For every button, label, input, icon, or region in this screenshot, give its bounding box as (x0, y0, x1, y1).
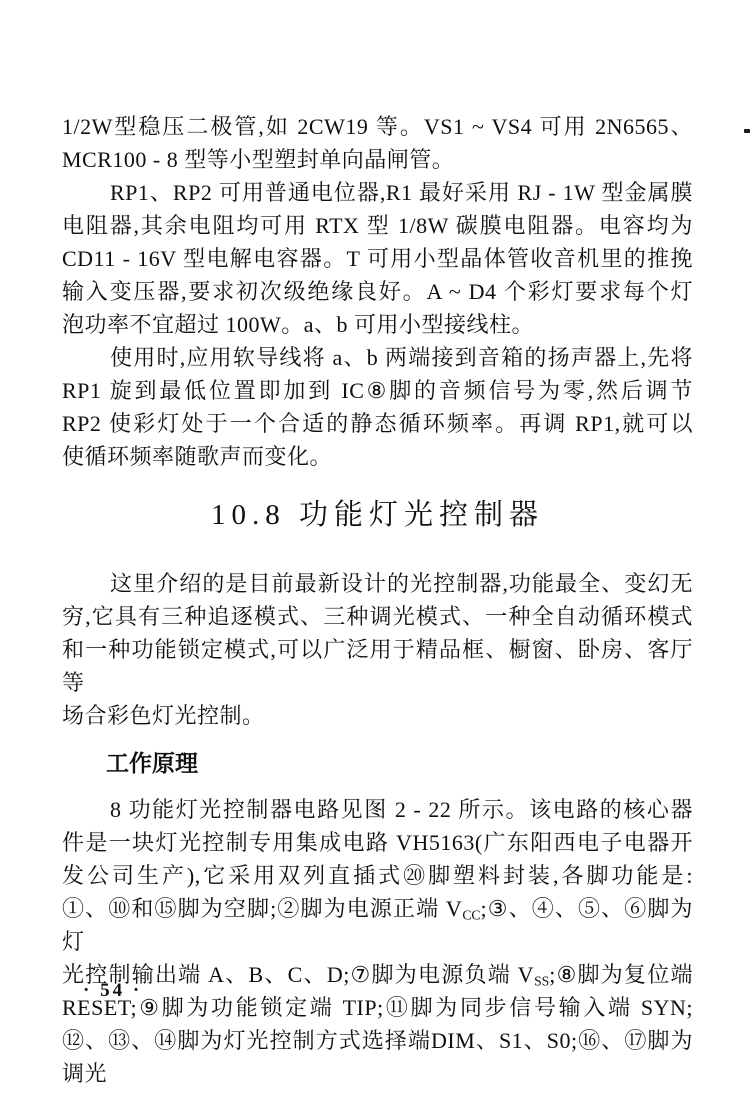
text-line: RESET;⑨脚为功能锁定端 TIP;⑪脚为同步信号输入端 SYN; (62, 991, 693, 1024)
paragraph: 8 功能灯光控制器电路见图 2 - 22 所示。该电路的核心器件是一块灯光控制专… (62, 793, 693, 1090)
text-line: 输入变压器,要求初次级绝缘良好。A ~ D4 个彩灯要求每个灯 (62, 275, 693, 308)
subsection-heading: 工作原理 (62, 747, 693, 780)
paragraph: RP1、RP2 可用普通电位器,R1 最好采用 RJ - 1W 型金属膜电阻器,… (62, 176, 693, 341)
text-line: 穷,它具有三种追逐模式、三种调光模式、一种全自动循环模式 (62, 600, 693, 633)
text-line: 场合彩色灯光控制。 (62, 699, 693, 732)
text-line: ①、⑩和⑮脚为空脚;②脚为电源正端 VCC;③、④、⑤、⑥脚为灯 (62, 892, 693, 958)
text-line: 泡功率不宜超过 100W。a、b 可用小型接线柱。 (62, 308, 693, 341)
subscript-text: CC (462, 907, 480, 922)
page-number: · 54 · (83, 980, 142, 1002)
text-line: ⑫、⑬、⑭脚为灯光控制方式选择端DIM、S1、S0;⑯、⑰脚为调光 (62, 1024, 693, 1090)
text-line: MCR100 - 8 型等小型塑封单向晶闸管。 (62, 143, 693, 176)
text-line: 使用时,应用软导线将 a、b 两端接到音箱的扬声器上,先将 (62, 341, 693, 374)
paragraph: 使用时,应用软导线将 a、b 两端接到音箱的扬声器上,先将RP1 旋到最低位置即… (62, 341, 693, 473)
text-line: 这里介绍的是目前最新设计的光控制器,功能最全、变幻无 (62, 567, 693, 600)
text-line: 发公司生产),它采用双列直插式⑳脚塑料封装,各脚功能是: (62, 859, 693, 892)
text-line: 光控制输出端 A、B、C、D;⑦脚为电源负端 VSS;⑧脚为复位端 (62, 958, 693, 991)
text-line: 1/2W型稳压二极管,如 2CW19 等。VS1 ~ VS4 可用 2N6565… (62, 110, 693, 143)
section-heading: 10.8 功能灯光控制器 (62, 493, 693, 537)
text-line: 件是一块灯光控制专用集成电路 VH5163(广东阳西电子电器开 (62, 826, 693, 859)
scan-artifact-dot (744, 129, 750, 133)
paragraph: 1/2W型稳压二极管,如 2CW19 等。VS1 ~ VS4 可用 2N6565… (62, 110, 693, 176)
page-body: 1/2W型稳压二极管,如 2CW19 等。VS1 ~ VS4 可用 2N6565… (62, 110, 693, 1090)
book-page: 1/2W型稳压二极管,如 2CW19 等。VS1 ~ VS4 可用 2N6565… (0, 0, 754, 1120)
paragraph: 这里介绍的是目前最新设计的光控制器,功能最全、变幻无穷,它具有三种追逐模式、三种… (62, 567, 693, 732)
text-line: 8 功能灯光控制器电路见图 2 - 22 所示。该电路的核心器 (62, 793, 693, 826)
text-line: CD11 - 16V 型电解电容器。T 可用小型晶体管收音机里的推挽 (62, 242, 693, 275)
text-line: RP1、RP2 可用普通电位器,R1 最好采用 RJ - 1W 型金属膜 (62, 176, 693, 209)
text-line: 电阻器,其余电阻均可用 RTX 型 1/8W 碳膜电阻器。电容均为 (62, 209, 693, 242)
text-line: 使循环频率随歌声而变化。 (62, 440, 693, 473)
subscript-text: SS (534, 973, 549, 988)
text-line: 和一种功能锁定模式,可以广泛用于精品框、橱窗、卧房、客厅等 (62, 633, 693, 699)
text-line: RP2 使彩灯处于一个合适的静态循环频率。再调 RP1,就可以 (62, 407, 693, 440)
text-line: RP1 旋到最低位置即加到 IC⑧脚的音频信号为零,然后调节 (62, 374, 693, 407)
